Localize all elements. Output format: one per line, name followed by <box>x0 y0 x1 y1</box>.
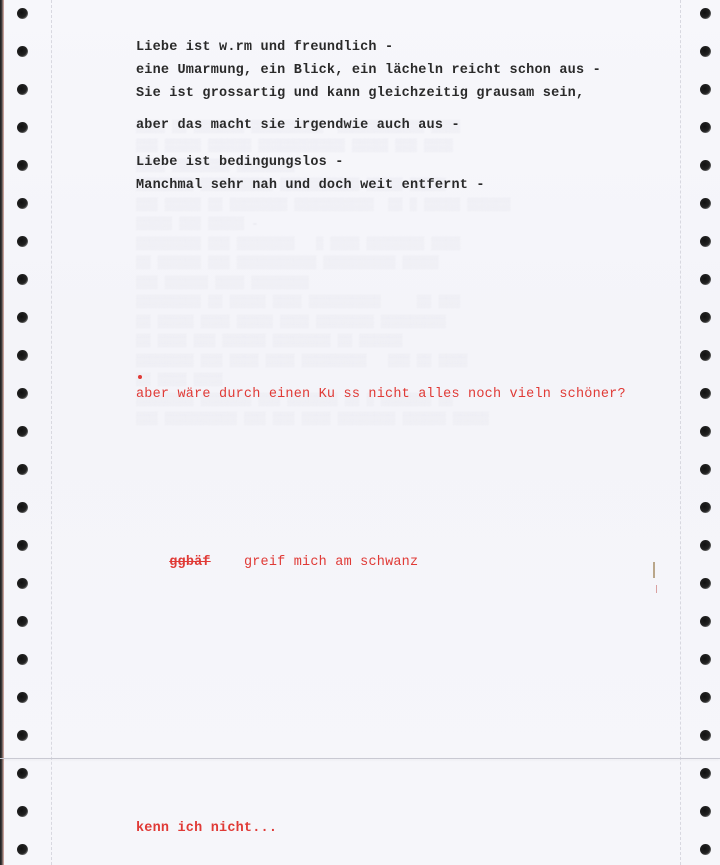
poem-line: eine Umarmung, ein Blick, ein lächeln re… <box>136 63 601 78</box>
left-tear-perforation <box>51 0 52 865</box>
feed-hole <box>17 616 28 627</box>
feed-hole <box>700 274 711 285</box>
feed-hole <box>17 274 28 285</box>
paper-speck <box>653 562 655 578</box>
page-left-edge <box>0 0 4 865</box>
feed-hole <box>17 768 28 779</box>
feed-hole <box>17 198 28 209</box>
poem-line: Sie ist grossartig und kann gleichzeitig… <box>136 86 584 101</box>
feed-hole <box>700 806 711 817</box>
red-annotation-line: ggbäf greif mich am schwanz <box>136 540 418 585</box>
feed-hole <box>17 502 28 513</box>
feed-hole <box>700 198 711 209</box>
right-tear-perforation <box>680 0 681 865</box>
feed-hole <box>700 540 711 551</box>
feed-hole <box>700 844 711 855</box>
typewritten-page: ▒▒▒▒ ▒▒ ▒▒▒▒▒▒▒ ▒▒▒▒▒▒▒▒▒▒ ▒▒▒▒▒▒▒▒▒▒▒▒ … <box>0 0 720 865</box>
feed-hole <box>17 844 28 855</box>
feed-hole <box>17 46 28 57</box>
poem-line: aber das macht sie irgendwie auch aus - <box>136 118 460 133</box>
feed-hole <box>17 8 28 19</box>
feed-hole <box>700 350 711 361</box>
feed-hole <box>700 236 711 247</box>
feed-hole <box>17 578 28 589</box>
feed-hole <box>17 730 28 741</box>
feed-hole <box>17 388 28 399</box>
feed-hole <box>700 312 711 323</box>
feed-hole <box>700 46 711 57</box>
overstruck-text: ggbäf <box>169 555 211 570</box>
feed-hole <box>17 312 28 323</box>
feed-hole <box>700 426 711 437</box>
feed-hole <box>700 8 711 19</box>
feed-hole <box>700 692 711 703</box>
feed-hole <box>700 464 711 475</box>
poem-line: Manchmal sehr nah und doch weit entfernt… <box>136 178 485 193</box>
feed-hole <box>700 616 711 627</box>
red-text: greif mich am schwanz <box>244 555 418 570</box>
feed-hole <box>17 464 28 475</box>
feed-hole <box>17 806 28 817</box>
feed-hole <box>17 236 28 247</box>
feed-hole <box>17 122 28 133</box>
feed-hole <box>17 84 28 95</box>
feed-hole <box>700 654 711 665</box>
feed-hole <box>17 160 28 171</box>
feed-hole <box>17 540 28 551</box>
feed-hole <box>700 768 711 779</box>
feed-hole <box>700 160 711 171</box>
red-dot-mark <box>138 375 142 379</box>
feed-hole <box>700 122 711 133</box>
page-break-perforation <box>0 758 720 759</box>
feed-hole <box>700 578 711 589</box>
red-annotation-line: aber wäre durch einen Ku ss nicht alles … <box>136 387 626 402</box>
feed-hole <box>700 388 711 399</box>
feed-hole <box>17 350 28 361</box>
feed-hole <box>700 502 711 513</box>
poem-line: Liebe ist bedingungslos - <box>136 155 344 170</box>
feed-hole <box>700 84 711 95</box>
red-annotation-line: kenn ich nicht... <box>136 821 277 836</box>
feed-hole <box>17 654 28 665</box>
feed-hole <box>17 426 28 437</box>
poem-line: Liebe ist w.rm und freundlich - <box>136 40 393 55</box>
feed-hole <box>17 692 28 703</box>
paper-speck <box>656 585 657 593</box>
feed-hole <box>700 730 711 741</box>
